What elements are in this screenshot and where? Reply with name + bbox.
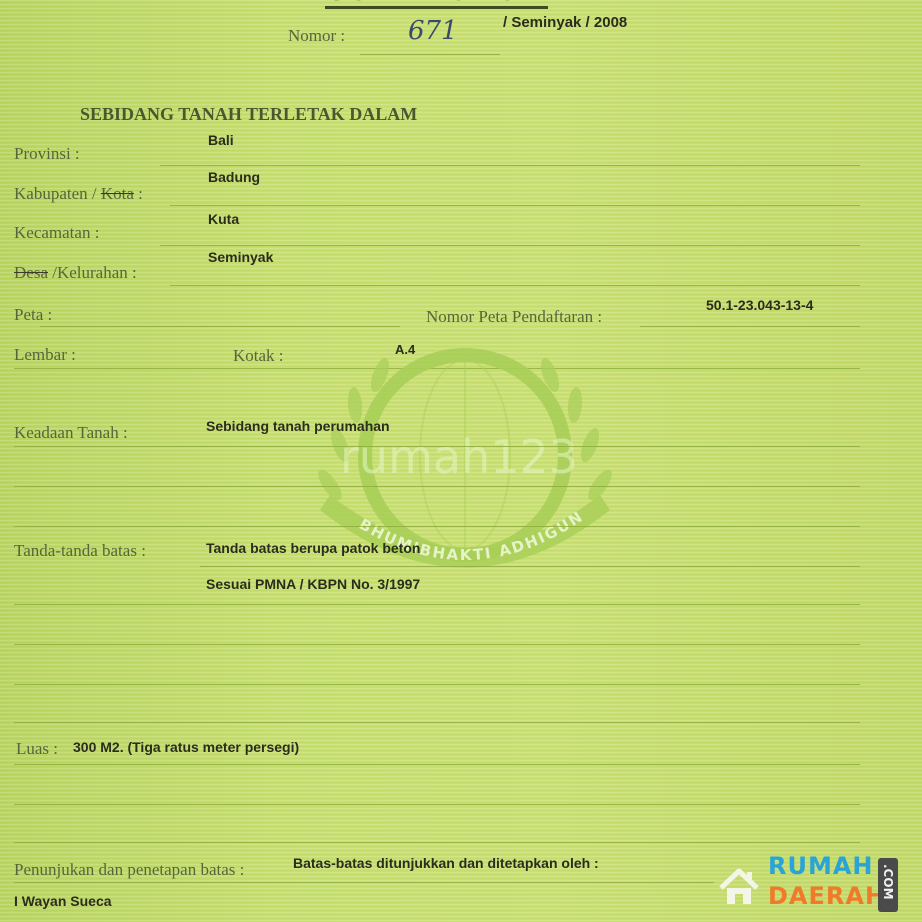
kelurahan-label-main: /Kelurahan : bbox=[48, 263, 137, 282]
penunjukan-label: Penunjukan dan penetapan batas : bbox=[14, 860, 244, 880]
rumahdaerah-logo: RUMAH DAERAH .COM bbox=[718, 852, 918, 916]
svg-text:BHUMIBHAKTI ADHIGUNA: BHUMIBHAKTI ADHIGUNA bbox=[300, 335, 587, 564]
provinsi-label: Provinsi : bbox=[14, 144, 80, 164]
kota-struck: Kota bbox=[101, 184, 134, 203]
brand-tld: .COM bbox=[881, 864, 895, 900]
brand-line-2: DAERAH bbox=[768, 884, 886, 908]
penunjukan-value: Batas-batas ditunjukkan dan ditetapkan o… bbox=[293, 855, 599, 871]
penunjuk-name: I Wayan Sueca bbox=[14, 893, 112, 909]
brand-line-1: RUMAH bbox=[768, 854, 874, 878]
keadaan-tanah-value: Sebidang tanah perumahan bbox=[206, 418, 390, 434]
kecamatan-value: Kuta bbox=[208, 211, 239, 227]
nomor-peta-value: 50.1-23.043-13-4 bbox=[706, 297, 813, 313]
kecamatan-label: Kecamatan : bbox=[14, 223, 99, 243]
provinsi-value: Bali bbox=[208, 132, 234, 148]
kabupaten-colon: : bbox=[134, 184, 143, 203]
kotak-label: Kotak : bbox=[233, 346, 284, 366]
desa-struck: Desa bbox=[14, 263, 48, 282]
keadaan-tanah-label: Keadaan Tanah : bbox=[14, 423, 128, 443]
kotak-value: A.4 bbox=[395, 342, 415, 357]
nomor-handwritten-value: 671 bbox=[408, 16, 458, 46]
bpn-seal-emblem: BHUMIBHAKTI ADHIGUNA bbox=[300, 335, 630, 595]
kelurahan-value: Seminyak bbox=[208, 249, 273, 265]
rumah123-watermark: rumah123 bbox=[340, 430, 578, 484]
kelurahan-label: Desa /Kelurahan : bbox=[14, 263, 137, 283]
document-title: SURAT UKUR bbox=[325, 0, 548, 9]
brand-tld-tag: .COM bbox=[878, 858, 898, 912]
nomor-label: Nomor : bbox=[288, 26, 345, 46]
nomor-suffix: / Seminyak / 2008 bbox=[503, 14, 627, 31]
house-icon bbox=[718, 866, 760, 906]
tanda-batas-value-2: Sesuai PMNA / KBPN No. 3/1997 bbox=[206, 576, 420, 592]
luas-value: 300 M2. (Tiga ratus meter persegi) bbox=[73, 739, 299, 755]
kabupaten-value: Badung bbox=[208, 169, 260, 185]
peta-label: Peta : bbox=[14, 305, 52, 325]
kabupaten-label-main: Kabupaten / bbox=[14, 184, 101, 203]
nomor-peta-label: Nomor Peta Pendaftaran : bbox=[426, 307, 602, 327]
lembar-label: Lembar : bbox=[14, 345, 76, 365]
kabupaten-label: Kabupaten / Kota : bbox=[14, 184, 143, 204]
section-heading: SEBIDANG TANAH TERLETAK DALAM bbox=[80, 104, 417, 125]
tanda-batas-value-1: Tanda batas berupa patok beton bbox=[206, 540, 420, 556]
tanda-batas-label: Tanda-tanda batas : bbox=[14, 541, 146, 561]
luas-label: Luas : bbox=[16, 739, 58, 759]
